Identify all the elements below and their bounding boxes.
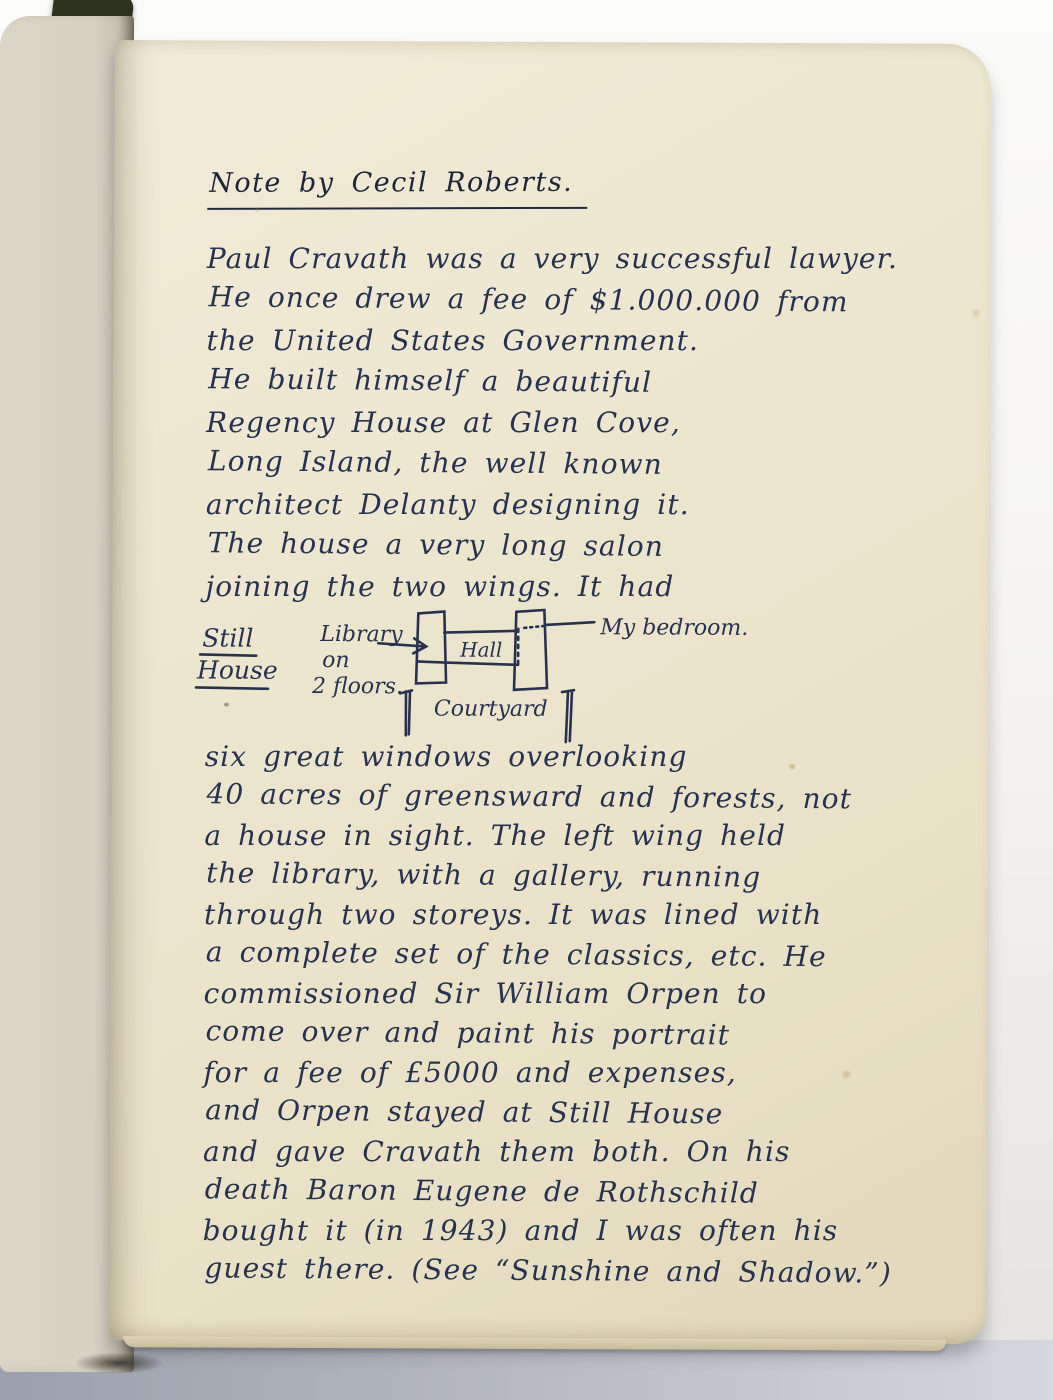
handwritten-line: Paul Cravath was a very successful lawye…	[207, 238, 898, 279]
handwritten-line: for a fee of £5000 and expenses,	[203, 1053, 890, 1093]
handwritten-line: Long Island, the well known	[208, 440, 899, 486]
handwritten-line: architect Delanty designing it.	[206, 484, 897, 525]
handwritten-line: He once drew a fee of $1.000.000 from	[209, 276, 900, 322]
handwritten-line: a complete set of the classics, etc. He	[206, 932, 894, 977]
sketch-library-label: 2 floors.	[311, 674, 403, 699]
foxing-spot	[970, 308, 983, 319]
handwritten-line: joining the two wings. It had	[205, 566, 896, 607]
sketch-hall-label: Hall	[459, 638, 502, 662]
hall-top-wall	[444, 631, 518, 633]
sketch-courtyard-label: Courtyard	[434, 696, 548, 721]
left-wing-divider	[417, 661, 445, 662]
handwritten-line: bought it (in 1943) and I was often his	[203, 1211, 890, 1251]
page-shadow	[74, 1352, 164, 1374]
bedroom-pointer-line	[545, 622, 594, 625]
handwritten-line: death Baron Eugene de Rothschild	[205, 1169, 893, 1214]
handwritten-line: Regency House at Glen Cove,	[206, 402, 897, 443]
bedroom-dotted-line	[524, 626, 544, 628]
sketch-margin-label-house: House	[196, 655, 278, 684]
handwritten-line: come over and paint his portrait	[205, 1011, 893, 1056]
page-content: Note by Cecil Roberts. Paul Cravath was …	[109, 40, 991, 1344]
handwritten-page: Note by Cecil Roberts. Paul Cravath was …	[109, 40, 991, 1344]
handwritten-line: and Orpen stayed at Still House	[205, 1090, 893, 1135]
foxing-spot	[224, 703, 229, 707]
sketch-bedroom-label: My bedroom.	[599, 615, 748, 641]
handwritten-line: a house in sight. The left wing held	[204, 816, 891, 856]
paragraph-2: six great windows overlooking 40 acres o…	[202, 735, 892, 1291]
foxing-spot	[840, 1069, 852, 1079]
right-wing-outline	[514, 610, 547, 690]
handwritten-line: He built himself a beautiful	[208, 358, 899, 404]
handwritten-line: the United States Government.	[207, 320, 898, 361]
handwritten-line: guest there. (See “Sunshine and Shadow.”…	[204, 1248, 892, 1293]
courtyard-right-bracket	[562, 690, 574, 742]
note-heading: Note by Cecil Roberts.	[207, 167, 587, 210]
foxing-spot	[788, 763, 797, 770]
floor-plan-sketch: Still House Library on 2 floors. Hall	[192, 602, 773, 753]
handwritten-line: commissioned Sir William Orpen to	[204, 974, 891, 1014]
handwritten-line: The house a very long salon	[207, 522, 898, 568]
handwritten-line: through two storeys. It was lined with	[204, 895, 891, 935]
underline	[196, 687, 268, 688]
sketch-library-label: on	[322, 648, 350, 673]
handwritten-line: and gave Cravath them both. On his	[203, 1132, 890, 1172]
paragraph-1: Paul Cravath was a very successful lawye…	[205, 236, 898, 608]
handwritten-line: 40 acres of greensward and forests, not	[206, 774, 894, 819]
sketch-margin-label-still: Still	[202, 623, 253, 652]
hall-bottom-wall	[446, 663, 518, 665]
handwritten-line: the library, with a gallery, running	[206, 853, 894, 898]
foxing-spot	[254, 207, 261, 213]
handwritten-line: six great windows overlooking	[205, 737, 892, 777]
book-photo: Note by Cecil Roberts. Paul Cravath was …	[0, 0, 1053, 1400]
